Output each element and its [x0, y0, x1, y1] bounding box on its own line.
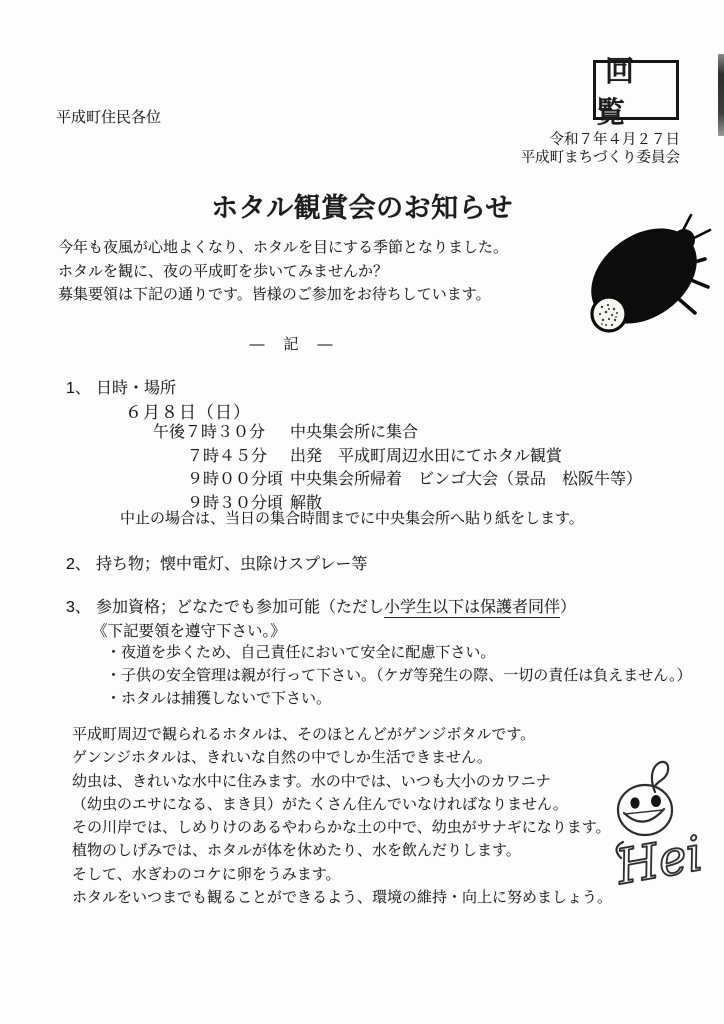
scan-artifact: [718, 54, 724, 136]
schedule-list: 午後７時３０分 中央集会所に集合 ７時４５分 出発 平成町周辺水田にてホタル観賞…: [153, 421, 642, 515]
schedule-row: 午後７時３０分 中央集会所に集合: [153, 421, 642, 445]
outro-line: 平成町周辺で観られるホタルは、そのほとんどがゲンジボタルです。: [72, 723, 612, 746]
rules-header: 《下記要領を遵守下さい。》: [92, 619, 286, 641]
schedule-time: 午後７時３０分: [153, 421, 290, 445]
outro-line: そして、水ぎわのコケに卵をうみます。: [72, 863, 612, 886]
intro-line: 今年も夜風が心地よくなり、ホタルを目にする季節となりました。: [58, 236, 508, 260]
firefly-icon: [572, 212, 724, 346]
kairan-stamp: 回覧: [593, 60, 679, 120]
schedule-row: ９時００分頃 中央集会所帰着 ビンゴ大会（景品 松阪牛等）: [153, 468, 642, 492]
schedule-time: ７時４５分: [153, 445, 290, 469]
section-number: 1、: [66, 375, 96, 398]
schedule-row: ７時４５分 出発 平成町周辺水田にてホタル観賞: [153, 445, 642, 469]
date-block: 令和７年４月２７日 平成町まちづくり委員会: [521, 132, 680, 167]
mascot-eye-right: [651, 795, 661, 807]
event-date: ６月８日（日）: [125, 398, 251, 423]
committee-name: 平成町まちづくり委員会: [521, 150, 680, 168]
section-belongings-heading: 2、持ち物；懐中電灯、虫除けスプレー等: [66, 551, 367, 574]
section-number: 2、: [66, 551, 96, 574]
intro-line: ホタルを観に、夜の平成町を歩いてみませんか？: [58, 260, 508, 284]
mascot-hei-text: Hei: [611, 826, 706, 896]
outro-line: 植物のしげみでは、ホタルが体を休めたり、水を飲んだりします。: [72, 839, 612, 862]
section-number: 3、: [66, 594, 96, 617]
eligibility-suffix: ）: [560, 599, 576, 616]
eligibility-prefix: 参加資格；どなたでも参加可能（ただし: [96, 599, 384, 616]
rules-list: ・夜道を歩くため、自己責任において安全に配慮下さい。 ・子供の安全管理は親が行っ…: [106, 641, 692, 710]
rule-item: ・ホタルは捕獲しないで下さい。: [106, 687, 692, 710]
intro-line: 募集要領は下記の通りです。皆様のご参加をお待ちしています。: [58, 283, 508, 307]
rule-item: ・夜道を歩くため、自己責任において安全に配慮下さい。: [106, 641, 692, 664]
outro-line: 幼虫は、きれいな水中に住みます。水の中では、いつも大小のカワニナ: [72, 770, 612, 793]
outro-line: その川岸では、しめりけのあるやわらかな土の中で、幼虫がサナギになります。: [72, 816, 612, 839]
firefly-info-paragraph: 平成町周辺で観られるホタルは、そのほとんどがゲンジボタルです。 ゲンンジホタルは…: [72, 723, 612, 909]
schedule-event: 中央集会所に集合: [290, 421, 418, 445]
mascot-eye-left: [630, 797, 639, 808]
schedule-time: ９時００分頃: [153, 468, 290, 492]
issue-date: 令和７年４月２７日: [521, 132, 680, 150]
outro-line: ゲンンジホタルは、きれいな自然の中でしか生活できません。: [72, 746, 612, 769]
section-datetime-heading: 1、日時・場所: [66, 375, 176, 398]
mascot-hei-icon: Hei: [598, 752, 720, 910]
schedule-event: 出発 平成町周辺水田にてホタル観賞: [290, 445, 562, 469]
eligibility-underlined: 小学生以下は保護者同伴: [384, 599, 560, 618]
outro-line: （幼虫のエサになる、まき貝）がたくさん住んでいなければなりません。: [72, 793, 612, 816]
rule-item: ・子供の安全管理は親が行って下さい。（ケガ等発生の際、一切の責任は負えません。）: [106, 664, 692, 687]
section-eligibility-heading: 3、参加資格；どなたでも参加可能（ただし小学生以下は保護者同伴）: [66, 594, 576, 617]
schedule-event: 中央集会所帰着 ビンゴ大会（景品 松阪牛等）: [290, 468, 642, 492]
intro-paragraph: 今年も夜風が心地よくなり、ホタルを目にする季節となりました。 ホタルを観に、夜の…: [58, 236, 508, 307]
section-label: 参加資格；どなたでも参加可能（ただし小学生以下は保護者同伴）: [96, 599, 576, 618]
recipient: 平成町住民各位: [56, 106, 161, 127]
record-marker: ― 記 ―: [222, 333, 362, 354]
document-page: 平成町住民各位 回覧 令和７年４月２７日 平成町まちづくり委員会 ホタル観賞会の…: [0, 0, 724, 1024]
outro-line: ホタルをいつまでも観ることができるよう、環境の維持・向上に努めましょう。: [72, 886, 612, 909]
section-label: 日時・場所: [96, 380, 176, 397]
section-label: 持ち物；懐中電灯、虫除けスプレー等: [96, 556, 367, 573]
cancellation-note: 中止の場合は、当日の集合時間までに中央集会所へ貼り紙をします。: [120, 507, 584, 528]
mascot-mouth-line: [625, 810, 663, 814]
kairan-stamp-label: 回覧: [596, 49, 676, 131]
firefly-glow-tail: [592, 297, 626, 331]
